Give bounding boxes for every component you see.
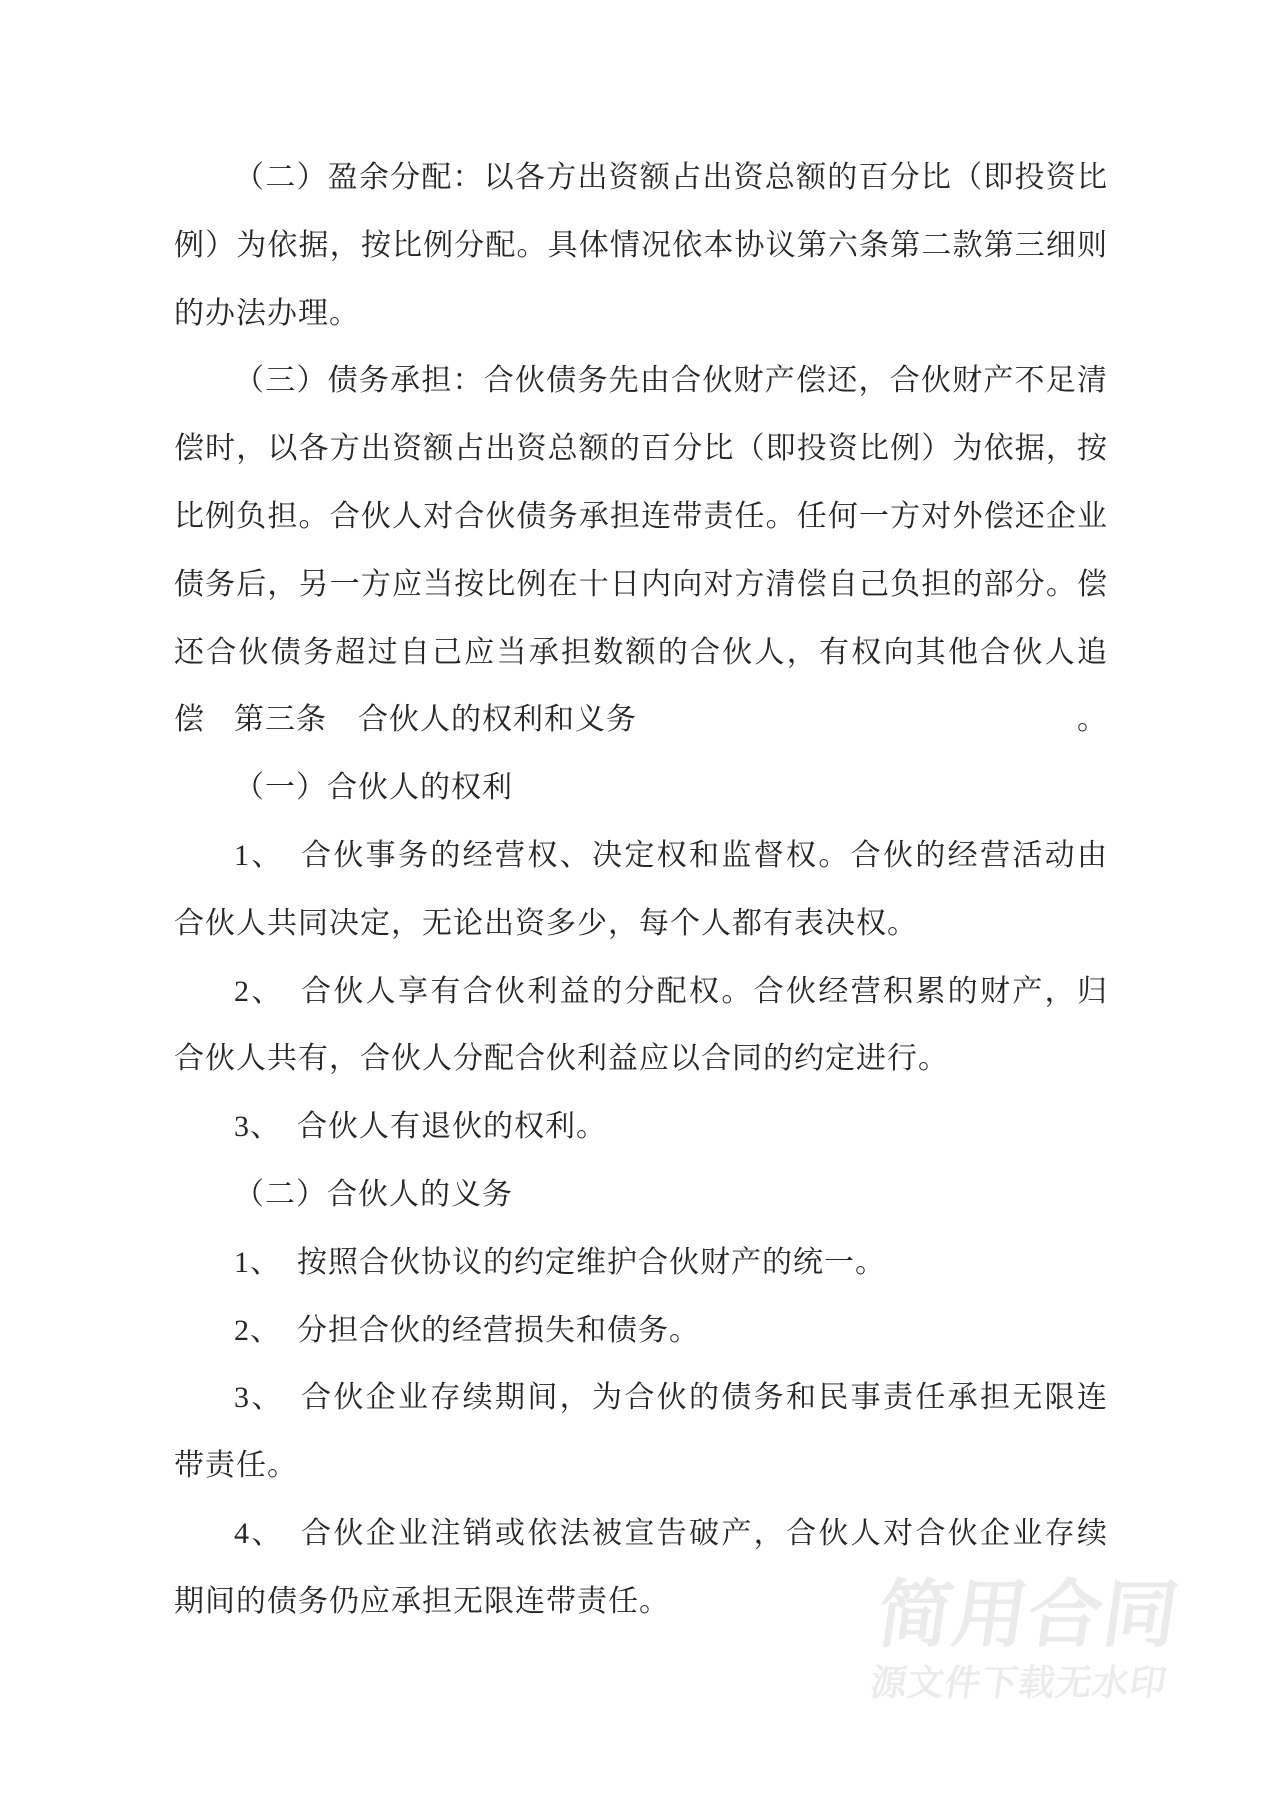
document-line: 3、 合伙人有退伙的权利。: [174, 1093, 1108, 1161]
watermark: 简用合同 源文件下载无水印: [861, 1576, 1189, 1702]
watermark-title: 简用合同: [868, 1576, 1189, 1654]
document-line: 比例负担。合伙人对合伙债务承担连带责任。任何一方对外偿还企业: [174, 483, 1108, 551]
document-line: 的办法办理。: [174, 280, 1108, 348]
document-line: 合伙人共有，合伙人分配合伙利益应以合同的约定进行。: [174, 1025, 1108, 1093]
document-line: 带责任。: [174, 1432, 1108, 1500]
document-line: 3、 合伙企业存续期间，为合伙的债务和民事责任承担无限连: [174, 1364, 1108, 1432]
document-line: 4、 合伙企业注销或依法被宣告破产，合伙人对合伙企业存续: [174, 1500, 1108, 1568]
document-line: 例）为依据，按比例分配。具体情况依本协议第六条第二款第三细则: [174, 212, 1108, 280]
document-line: （二）盈余分配：以各方出资额占出资总额的百分比（即投资比: [174, 144, 1108, 212]
document-body: （二）盈余分配：以各方出资额占出资总额的百分比（即投资比 例）为依据，按比例分配…: [174, 144, 1108, 1636]
document-line: 1、 合伙事务的经营权、决定权和监督权。合伙的经营活动由: [174, 822, 1108, 890]
document-line: 合伙人共同决定，无论出资多少，每个人都有表决权。: [174, 890, 1108, 958]
document-line: 债务后，另一方应当按比例在十日内向对方清偿自己负担的部分。偿: [174, 551, 1108, 619]
document-line: 偿时，以各方出资额占出资总额的百分比（即投资比例）为依据，按: [174, 415, 1108, 483]
document-line: （三）债务承担：合伙债务先由合伙财产偿还，合伙财产不足清: [174, 347, 1108, 415]
document-line: 2、 分担合伙的经营损失和债务。: [174, 1297, 1108, 1365]
document-line: 2、 合伙人享有合伙利益的分配权。合伙经营积累的财产，归: [174, 958, 1108, 1026]
document-heading-obligations: （二）合伙人的义务: [174, 1161, 1108, 1229]
document-heading-rights: （一）合伙人的权利: [174, 754, 1108, 822]
document-line: 1、 按照合伙协议的约定维护合伙财产的统一。: [174, 1229, 1108, 1297]
contract-page: （二）盈余分配：以各方出资额占出资总额的百分比（即投资比 例）为依据，按比例分配…: [0, 0, 1280, 1810]
watermark-subtitle: 源文件下载无水印: [861, 1664, 1176, 1702]
document-line: 还合伙债务超过自己应当承担数额的合伙人，有权向其他合伙人追偿。: [174, 619, 1108, 687]
